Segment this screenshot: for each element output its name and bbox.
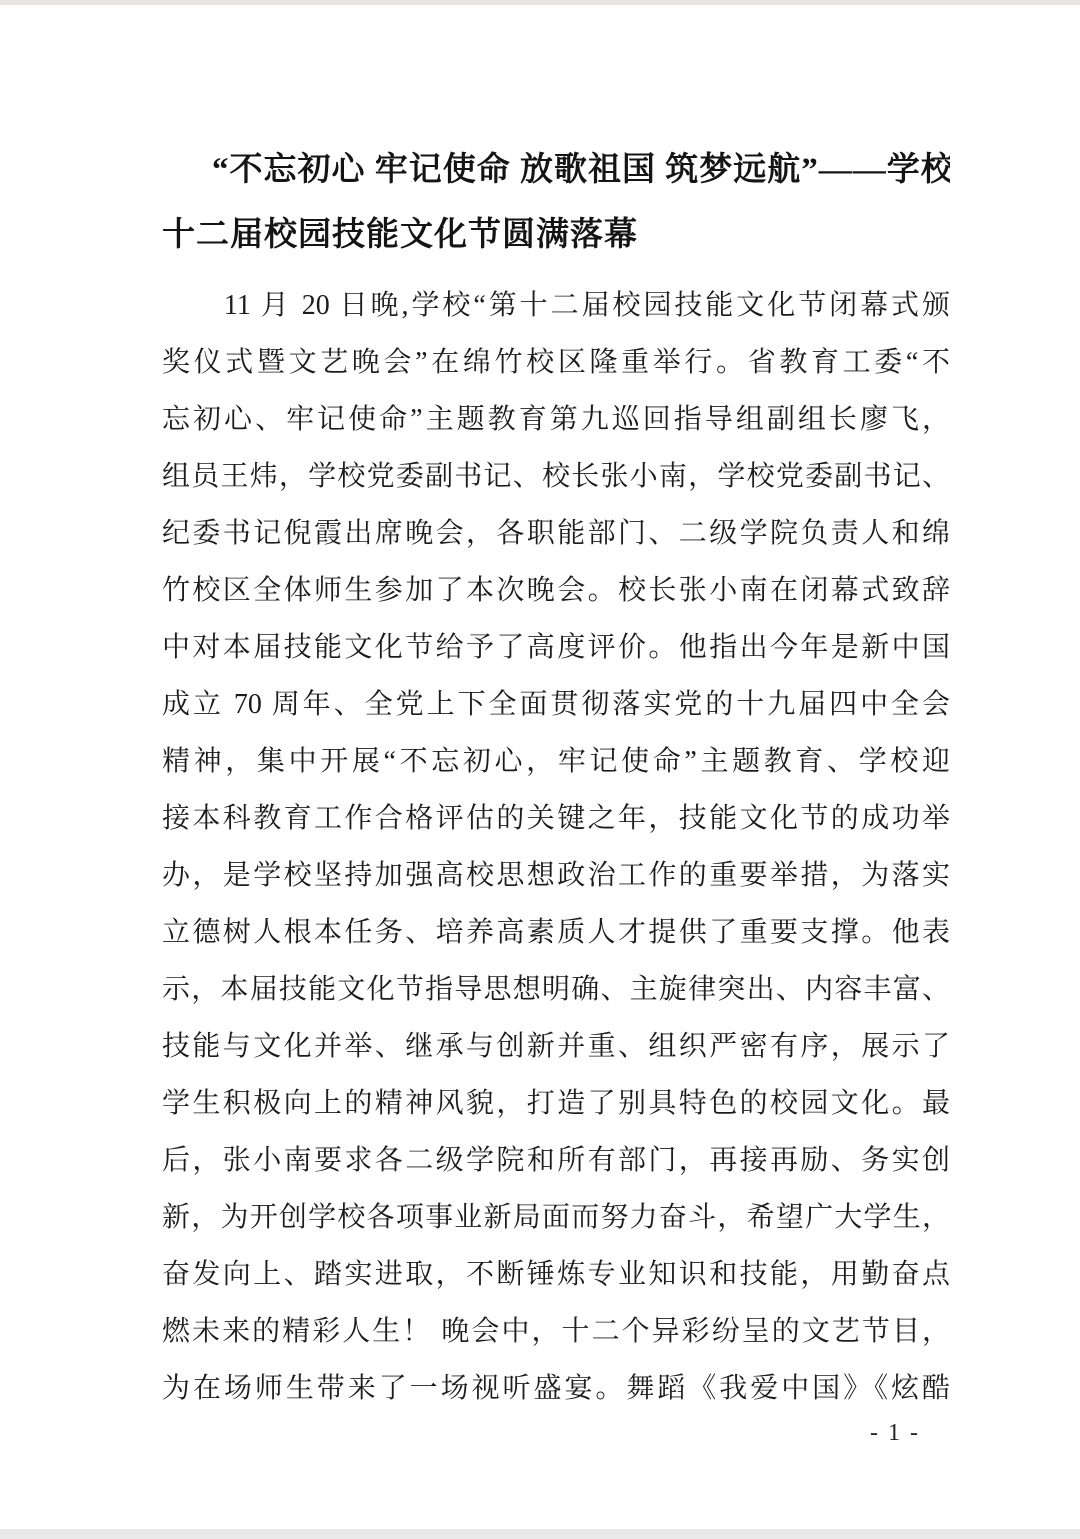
document-title: “不忘初心 牢记使命 放歌祖国 筑梦远航”——学校第 十二届校园技能文化节圆满落… <box>162 138 950 268</box>
body-line: 示，本届技能文化节指导思想明确、主旋律突出、内容丰富、 <box>162 961 950 1018</box>
body-line: 11 月 20 日晚,学校“第十二届校园技能文化节闭幕式颁 <box>162 277 950 334</box>
body-line: 成立 70 周年、全党上下全面贯彻落实党的十九届四中全会 <box>162 676 950 733</box>
body-line: 新，为开创学校各项事业新局面而努力奋斗，希望广大学生， <box>162 1189 950 1246</box>
body-line: 奖仪式暨文艺晚会”在绵竹校区隆重举行。省教育工委“不 <box>162 334 950 391</box>
body-line: 奋发向上、踏实进取，不断锤炼专业知识和技能，用勤奋点 <box>162 1246 950 1303</box>
body-line: 为在场师生带来了一场视听盛宴。舞蹈《我爱中国》《炫酷 <box>162 1360 950 1417</box>
body-line: 中对本届技能文化节给予了高度评价。他指出今年是新中国 <box>162 619 950 676</box>
document-viewer: { "document": { "title": { "line1": "“不忘… <box>0 0 1080 1539</box>
body-line: 办，是学校坚持加强高校思想政治工作的重要举措，为落实 <box>162 847 950 904</box>
body-line: 立德树人根本任务、培养高素质人才提供了重要支撑。他表 <box>162 904 950 961</box>
body-line: 精神，集中开展“不忘初心，牢记使命”主题教育、学校迎 <box>162 733 950 790</box>
body-line: 学生积极向上的精神风貌，打造了别具特色的校园文化。最 <box>162 1075 950 1132</box>
body-line: 竹校区全体师生参加了本次晚会。校长张小南在闭幕式致辞 <box>162 562 950 619</box>
body-line: 燃未来的精彩人生！ 晚会中，十二个异彩纷呈的文艺节目， <box>162 1303 950 1360</box>
page-number: - 1 - <box>870 1413 920 1453</box>
body-line: 忘初心、牢记使命”主题教育第九巡回指导组副组长廖飞， <box>162 391 950 448</box>
document-title-line-1: “不忘初心 牢记使命 放歌祖国 筑梦远航”——学校第 <box>162 138 950 203</box>
document-title-line-2: 十二届校园技能文化节圆满落幕 <box>162 203 950 268</box>
page-footer: - 1 - <box>162 1413 950 1453</box>
document-page: “不忘初心 牢记使命 放歌祖国 筑梦远航”——学校第 十二届校园技能文化节圆满落… <box>0 5 1080 1529</box>
body-line: 后，张小南要求各二级学院和所有部门，再接再励、务实创 <box>162 1132 950 1189</box>
viewer-edge-bottom <box>0 1529 1080 1539</box>
body-paragraph: 11 月 20 日晚,学校“第十二届校园技能文化节闭幕式颁奖仪式暨文艺晚会”在绵… <box>162 277 950 1417</box>
body-line: 组员王炜，学校党委副书记、校长张小南，学校党委副书记、 <box>162 448 950 505</box>
body-line: 技能与文化并举、继承与创新并重、组织严密有序，展示了 <box>162 1018 950 1075</box>
body-line: 纪委书记倪霞出席晚会，各职能部门、二级学院负责人和绵 <box>162 505 950 562</box>
body-line: 接本科教育工作合格评估的关键之年，技能文化节的成功举 <box>162 790 950 847</box>
